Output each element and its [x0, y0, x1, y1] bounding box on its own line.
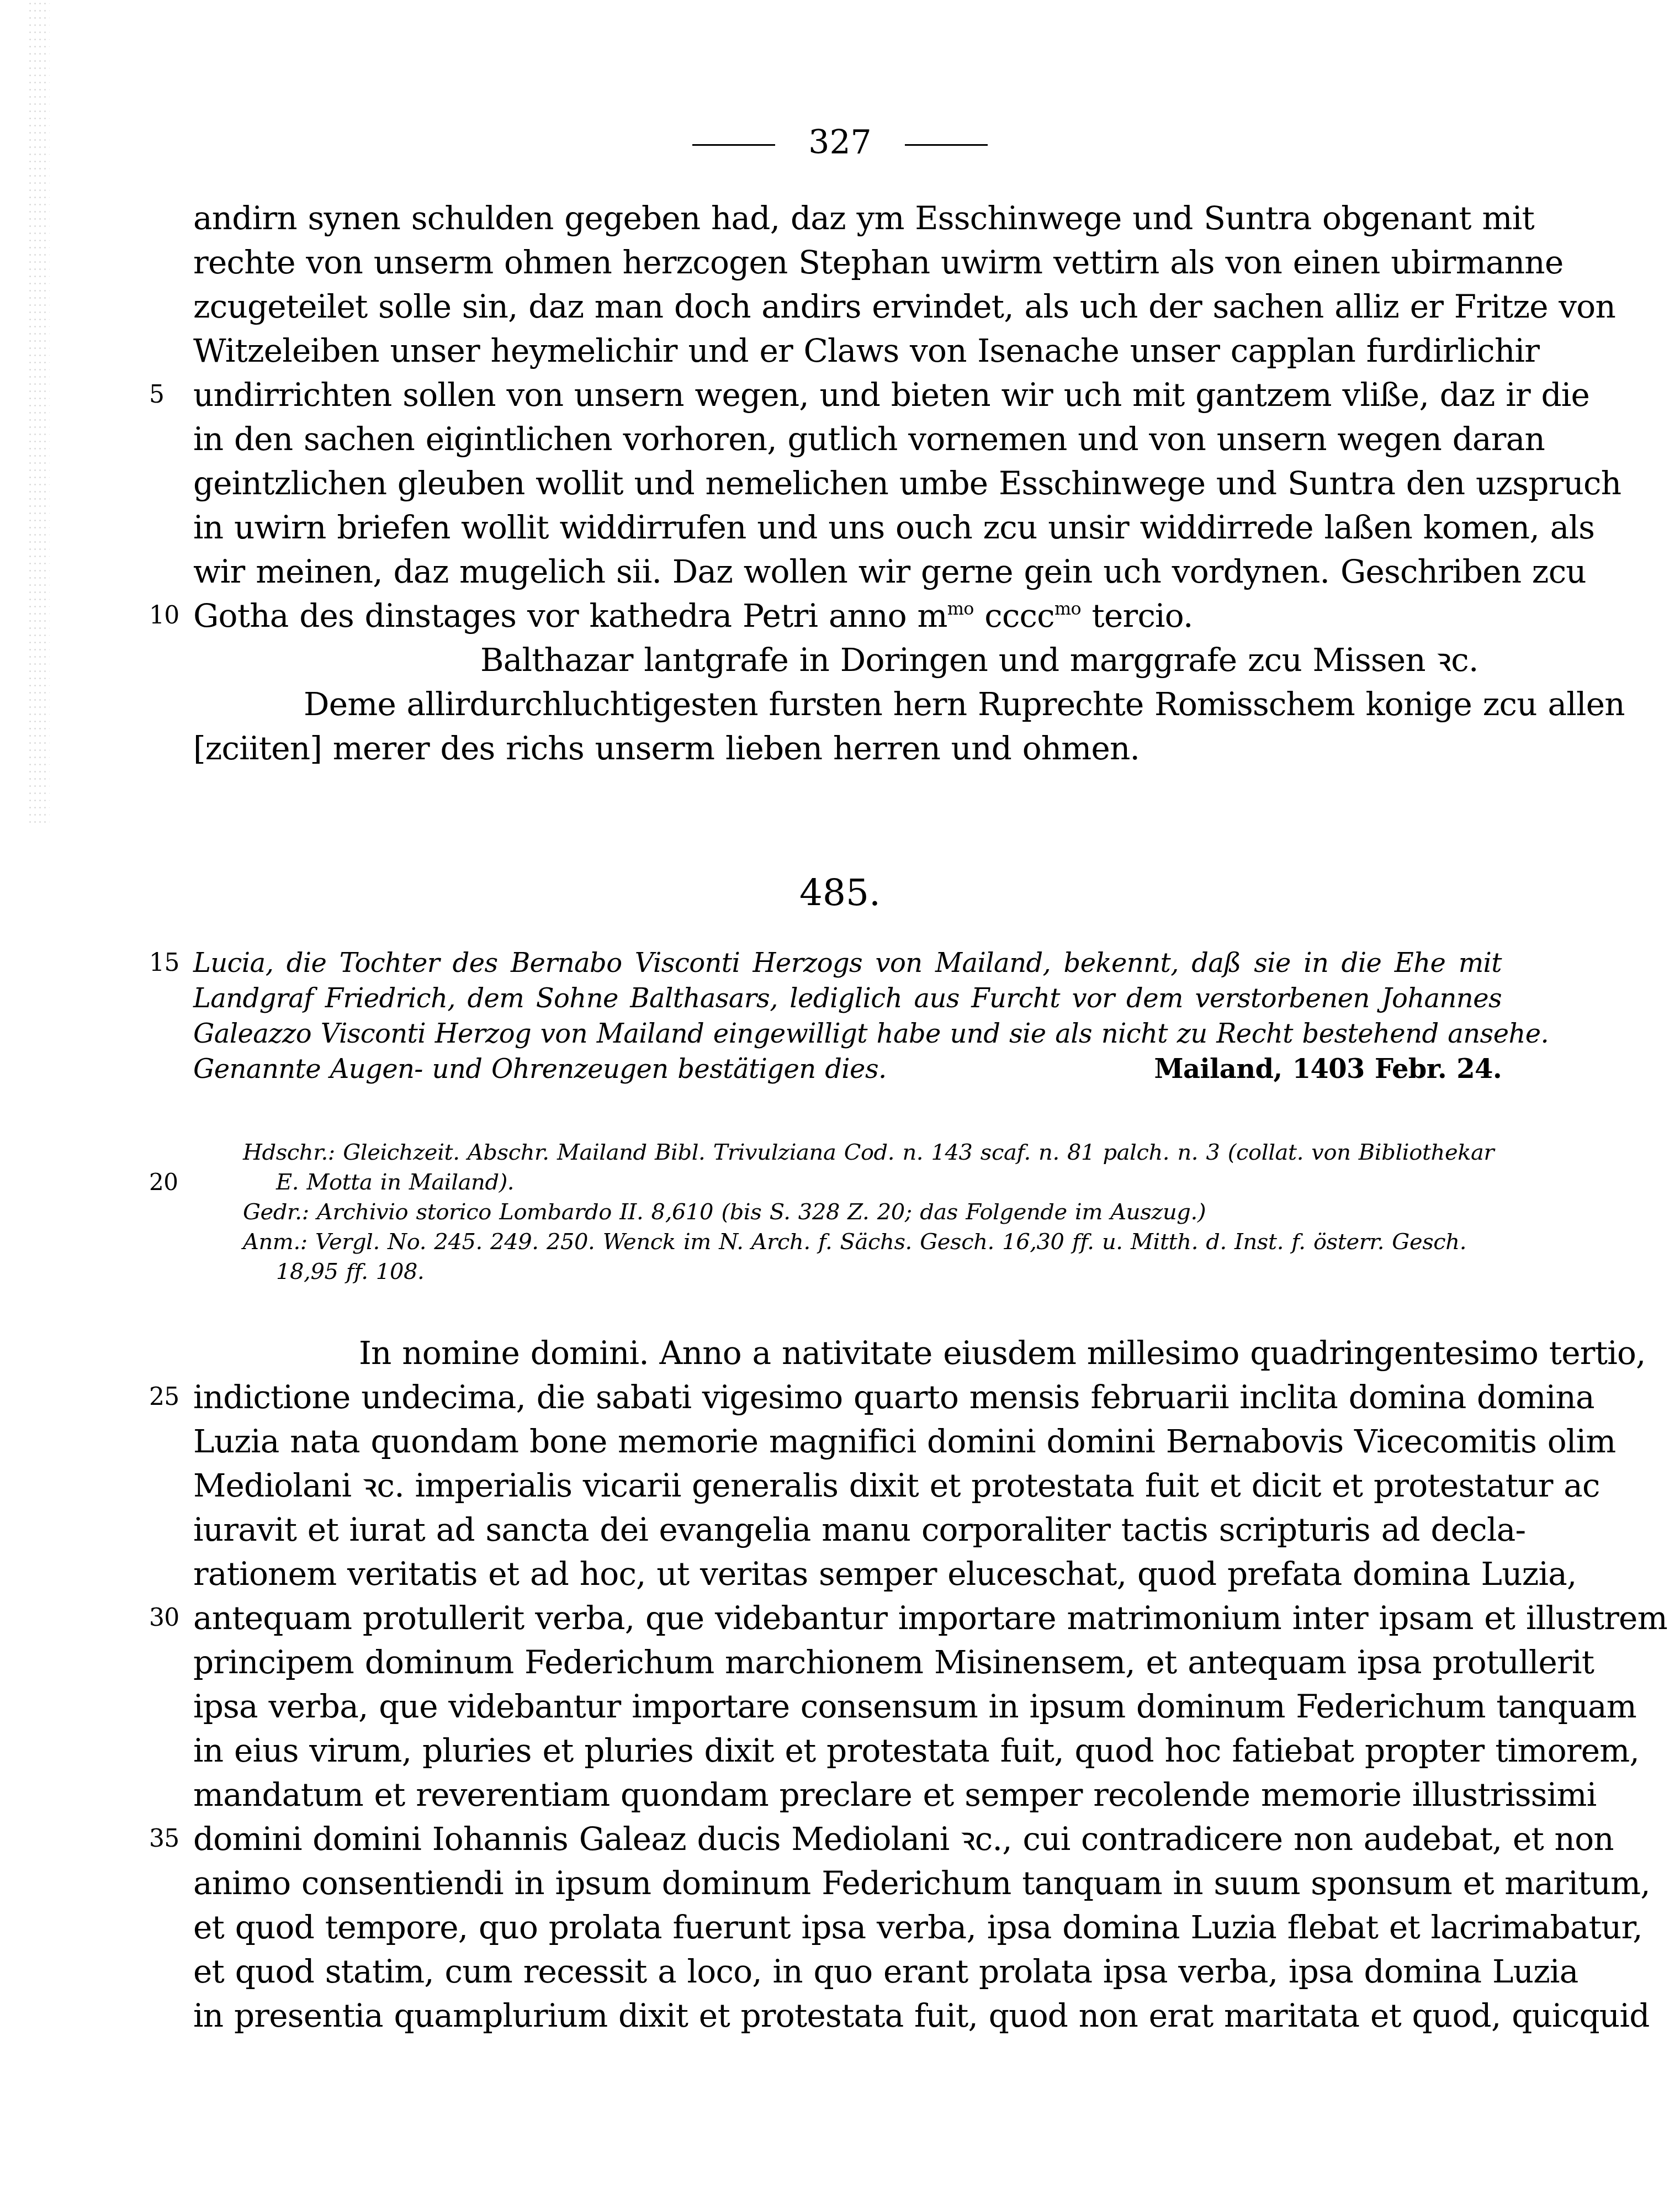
text-line: wir meinen, daz mugelich sii. Daz wollen… [193, 549, 1502, 594]
body-line: 35domini domini Iohannis Galeaz ducis Me… [193, 1817, 1502, 1861]
text-line: andirn synen schulden gegeben had, daz y… [193, 196, 1502, 240]
line-number: 35 [149, 1817, 188, 1861]
text-line: 5undirrichten sollen von unsern wegen, u… [193, 373, 1502, 417]
text-line: rechte von unserm ohmen herzcogen Stepha… [193, 240, 1502, 284]
note-line: Gedr.: Archivio storico Lombardo II. 8,6… [243, 1197, 1502, 1227]
regest-line: Galeazzo Visconti Herzog von Mailand ein… [193, 1016, 1502, 1051]
body-line: 25indictione undecima, die sabati vigesi… [193, 1375, 1502, 1419]
text-line: zcugeteilet solle sin, daz man doch andi… [193, 284, 1502, 329]
document-number: 485. [0, 868, 1680, 918]
line-number: 25 [149, 1375, 188, 1419]
note-line: Anm.: Vergl. No. 245. 249. 250. Wenck im… [243, 1227, 1502, 1257]
body-line: Mediolani ꝛc. imperialis vicarii general… [193, 1463, 1502, 1508]
text-line: in uwirn briefen wollit widdirrufen und … [193, 505, 1502, 549]
regest-line: Landgraf Friedrich, dem Sohne Balthasars… [193, 981, 1502, 1016]
place-date: Mailand, 1403 Febr. 24. [1154, 1051, 1502, 1087]
body-line: principem dominum Federichum marchionem … [193, 1640, 1502, 1684]
text-line: in den sachen eigintlichen vorhoren, gut… [193, 417, 1502, 461]
body-line: in presentia quamplurium dixit et protes… [193, 1994, 1502, 2038]
source-notes: Hdschr.: Gleichzeit. Abschr. Mailand Bib… [243, 1138, 1502, 1287]
body-line: et quod tempore, quo prolata fuerunt ips… [193, 1905, 1502, 1949]
body-line: mandatum et reverentiam quondam preclare… [193, 1773, 1502, 1817]
body-line: ipsa verba, que videbantur importare con… [193, 1684, 1502, 1728]
page-number: 327 [808, 123, 872, 162]
text-line: geintzlichen gleuben wollit und nemelich… [193, 461, 1502, 505]
note-line: 18,95 ff. 108. [243, 1257, 1502, 1287]
body-line: 30antequam protullerit verba, que videba… [193, 1596, 1502, 1640]
body-line: rationem veritatis et ad hoc, ut veritas… [193, 1552, 1502, 1596]
regest-line: Genannte Augen- und Ohrenzeugen bestätig… [193, 1051, 1502, 1087]
signature-line: Balthazar lantgrafe in Doringen und marg… [193, 638, 1502, 682]
body-line: Luzia nata quondam bone memorie magnific… [193, 1419, 1502, 1463]
body-line: et quod statim, cum recessit a loco, in … [193, 1949, 1502, 1994]
body-line: In nomine domini. Anno a nativitate eius… [193, 1331, 1502, 1375]
letter-continuation: andirn synen schulden gegeben had, daz y… [193, 196, 1502, 770]
note-line: 20E. Motta in Mailand). [243, 1167, 1502, 1197]
body-line: animo consentiendi in ipsum dominum Fede… [193, 1861, 1502, 1905]
body-line: iuravit et iurat ad sancta dei evangelia… [193, 1508, 1502, 1552]
address-line: Deme allirdurchluchtigesten fursten hern… [193, 682, 1502, 726]
body-line: in eius virum, pluries et pluries dixit … [193, 1728, 1502, 1773]
line-number: 10 [149, 594, 188, 638]
line-number: 20 [149, 1167, 188, 1197]
line-number: 5 [149, 373, 188, 417]
note-line: Hdschr.: Gleichzeit. Abschr. Mailand Bib… [243, 1138, 1502, 1167]
text-line: Witzeleiben unser heymelichir und er Cla… [193, 329, 1502, 373]
regest: 15Lucia, die Tochter des Bernabo Viscont… [193, 945, 1502, 1087]
document-body: In nomine domini. Anno a nativitate eius… [193, 1331, 1502, 2038]
line-number: 30 [149, 1596, 188, 1640]
page-header: 327 [0, 120, 1680, 165]
header-rule-left [692, 144, 775, 146]
regest-line: 15Lucia, die Tochter des Bernabo Viscont… [193, 945, 1502, 981]
dating-line: 10Gotha des dinstages vor kathedra Petri… [193, 594, 1502, 638]
header-rule-right [905, 144, 988, 146]
line-number: 15 [149, 945, 188, 981]
address-line: [zciiten] merer des richs unserm lieben … [193, 726, 1502, 770]
